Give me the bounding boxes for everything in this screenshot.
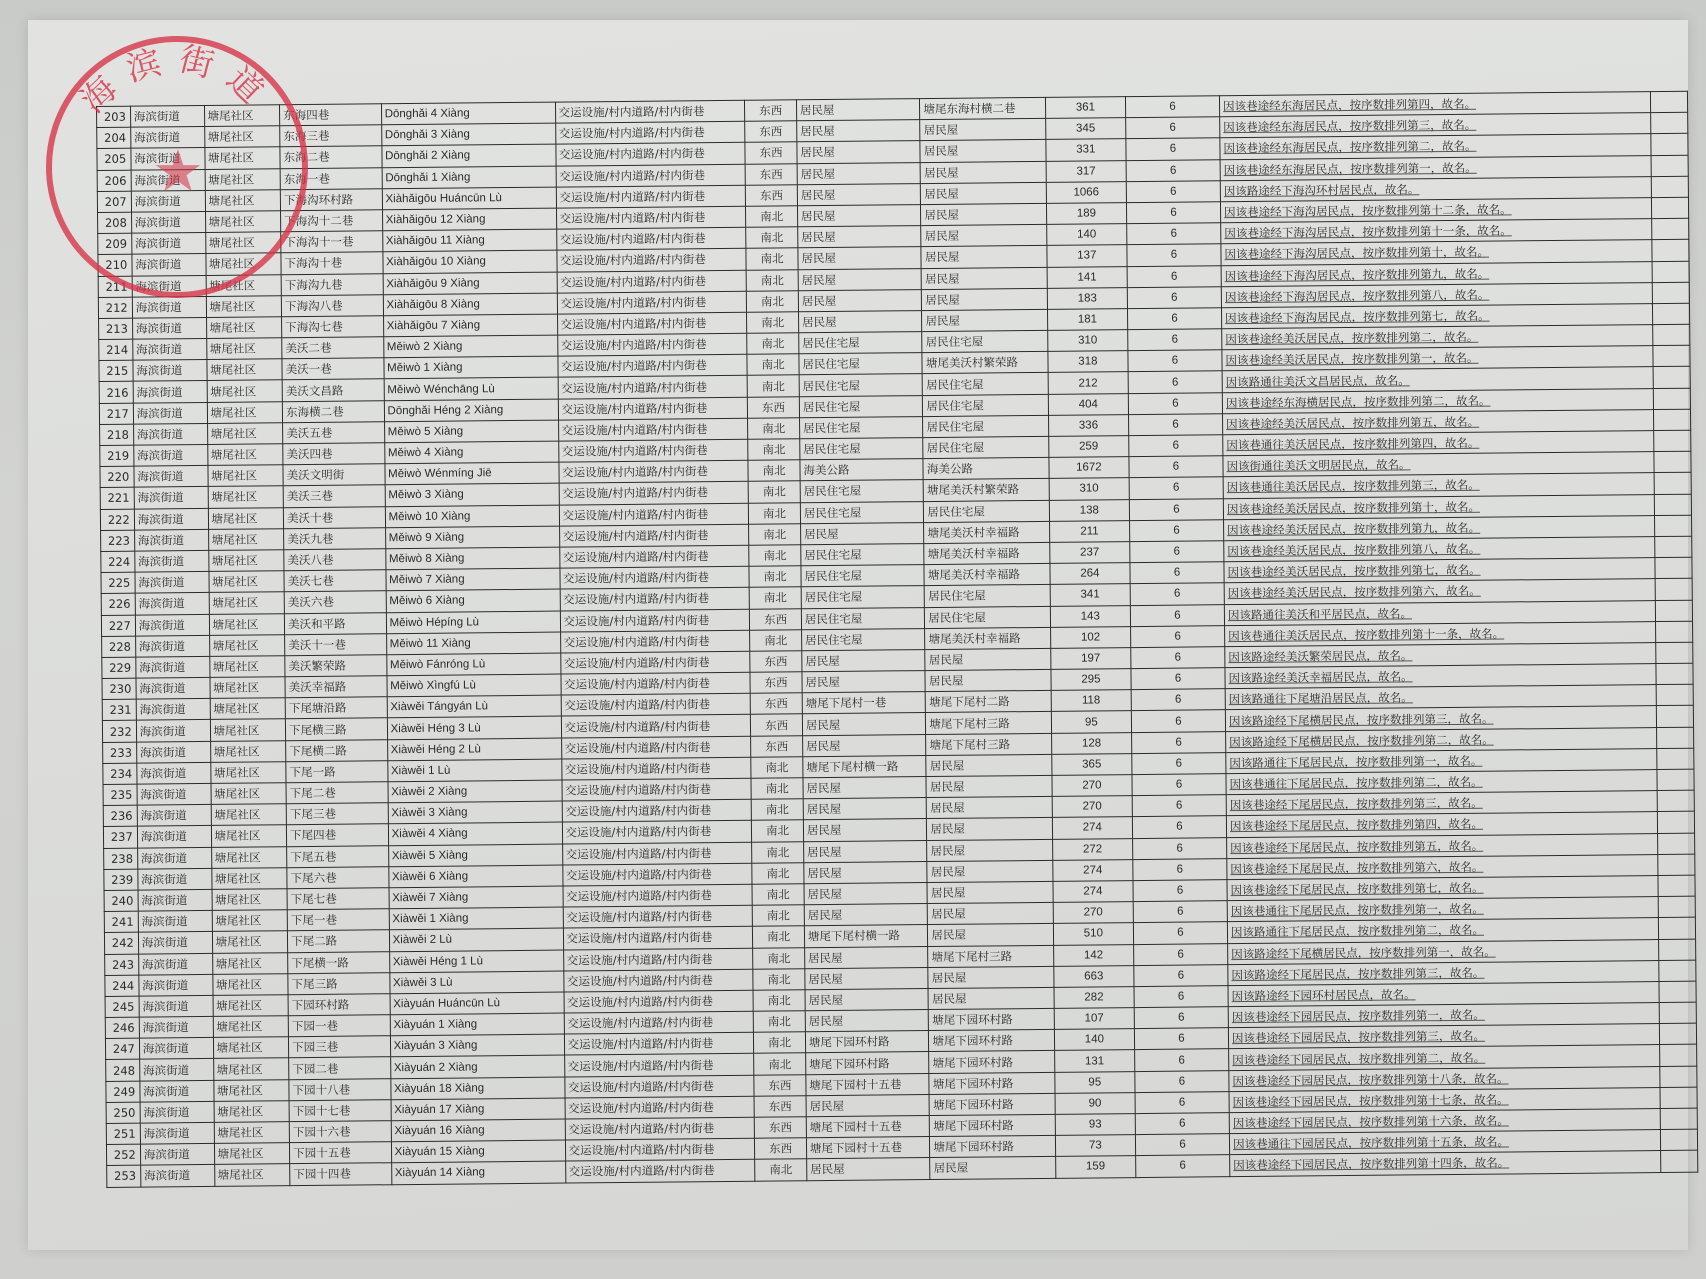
cell-direction: 南北	[747, 312, 799, 334]
cell-standard-name: 美沃十一巷	[285, 633, 387, 655]
cell-standard-name: 美沃文昌路	[282, 379, 384, 401]
cell-width-m: 6	[1126, 202, 1220, 224]
cell-community: 塘尾社区	[207, 465, 283, 487]
cell-row-number: 232	[102, 721, 136, 743]
cell-standard-name: 下尾二路	[288, 930, 390, 952]
cell-remark	[1660, 1151, 1697, 1173]
cell-remark	[1658, 917, 1695, 939]
cell-category: 交运设施/村内道路/村内街巷	[560, 630, 750, 653]
cell-remark	[1652, 324, 1689, 346]
cell-row-number: 224	[101, 551, 135, 573]
cell-length-m: 270	[1053, 902, 1133, 924]
cell-standard-name: 下园二巷	[289, 1057, 391, 1079]
cell-community: 塘尾社区	[210, 740, 286, 762]
cell-row-number: 253	[107, 1165, 141, 1187]
cell-street-office: 海滨街道	[140, 1165, 214, 1187]
cell-street-office: 海滨街道	[133, 381, 207, 403]
cell-street-office: 海滨街道	[140, 1144, 214, 1166]
cell-width-m: 6	[1130, 625, 1224, 647]
cell-direction: 南北	[746, 269, 798, 291]
cell-street-office: 海滨街道	[140, 1080, 214, 1102]
cell-length-m: 159	[1055, 1156, 1135, 1178]
cell-start-point: 塘尾下园环村路	[805, 1031, 929, 1053]
cell-standard-name: 下园十五巷	[290, 1142, 392, 1164]
cell-start-point: 居民屋	[798, 226, 922, 248]
cell-category: 交运设施/村内道路/村内街巷	[561, 693, 751, 716]
cell-community: 塘尾社区	[207, 380, 283, 402]
cell-width-m: 6	[1126, 159, 1220, 181]
cell-row-number: 206	[97, 170, 131, 192]
cell-pinyin-name: Měiwò 2 Xiàng	[383, 335, 557, 358]
cell-pinyin-name: Dōnghǎi Héng 2 Xiàng	[384, 399, 558, 422]
cell-length-m: 341	[1050, 584, 1130, 606]
cell-end-point: 塘尾美沃村繁荣路	[922, 352, 1048, 374]
cell-width-m: 6	[1132, 837, 1226, 859]
cell-row-number: 252	[106, 1144, 140, 1166]
cell-start-point: 居民屋	[802, 734, 926, 756]
cell-street-office: 海滨街道	[139, 1038, 213, 1060]
cell-community: 塘尾社区	[205, 253, 281, 275]
cell-pinyin-name: Xiàwěi 2 Lù	[389, 928, 563, 951]
cell-length-m: 318	[1048, 351, 1128, 373]
cell-category: 交运设施/村内道路/村内街巷	[564, 1011, 754, 1034]
cell-standard-name: 下园三巷	[289, 1036, 391, 1058]
cell-pinyin-name: Xiàyuán 2 Xiàng	[390, 1055, 564, 1078]
cell-width-m: 6	[1128, 350, 1222, 372]
cell-start-point: 塘尾下园环村路	[806, 1052, 930, 1074]
cell-row-number: 211	[98, 276, 132, 298]
cell-direction: 南北	[753, 926, 805, 948]
cell-standard-name: 下尾四巷	[287, 824, 389, 846]
cell-direction: 南北	[751, 799, 803, 821]
cell-community: 塘尾社区	[209, 613, 285, 635]
cell-end-point: 居民屋	[928, 966, 1054, 988]
cell-community: 塘尾社区	[206, 274, 282, 296]
cell-pinyin-name: Xiàwěi Héng 3 Lù	[387, 717, 561, 740]
cell-direction: 南北	[749, 524, 801, 546]
cell-direction: 东西	[755, 1138, 807, 1160]
cell-remark	[1655, 600, 1692, 622]
cell-start-point: 居民屋	[804, 840, 928, 862]
table-body: 203海滨街道塘尾社区东海四巷Dōnghǎi 4 Xiàng交运设施/村内道路/…	[97, 91, 1698, 1187]
cell-end-point: 居民住宅屋	[925, 585, 1051, 607]
cell-category: 交运设施/村内道路/村内街巷	[565, 1138, 755, 1161]
cell-standard-name: 下尾横三路	[286, 718, 388, 740]
cell-category: 交运设施/村内道路/村内街巷	[561, 736, 751, 759]
cell-remark	[1655, 621, 1692, 643]
cell-remark	[1656, 748, 1693, 770]
cell-start-point: 居民住宅屋	[801, 544, 925, 566]
cell-end-point: 塘尾下尾村三路	[926, 733, 1052, 755]
cell-direction: 南北	[747, 375, 799, 397]
register-table-wrapper: 203海滨街道塘尾社区东海四巷Dōnghǎi 4 Xiàng交运设施/村内道路/…	[96, 91, 1698, 1188]
cell-community: 塘尾社区	[206, 295, 282, 317]
cell-remark	[1652, 240, 1689, 262]
cell-street-office: 海滨街道	[136, 677, 210, 699]
cell-start-point: 塘尾下园村十五巷	[806, 1137, 930, 1159]
cell-direction: 南北	[747, 290, 799, 312]
cell-community: 塘尾社区	[204, 126, 280, 148]
cell-standard-name: 美沃繁荣路	[285, 655, 387, 677]
cell-width-m: 6	[1132, 816, 1226, 838]
cell-community: 塘尾社区	[208, 486, 284, 508]
cell-row-number: 204	[97, 127, 131, 149]
cell-pinyin-name: Xiàwěi 4 Xiàng	[388, 822, 562, 845]
cell-end-point: 塘尾下园环村路	[929, 1030, 1055, 1052]
cell-pinyin-name: Měiwò Wénmíng Jiē	[385, 462, 559, 485]
cell-direction: 南北	[748, 481, 800, 503]
cell-end-point: 居民屋	[927, 860, 1053, 882]
cell-street-office: 海滨街道	[131, 169, 205, 191]
cell-row-number: 244	[105, 975, 139, 997]
cell-direction: 东西	[751, 714, 803, 736]
cell-remark	[1653, 367, 1690, 389]
cell-standard-name: 下尾横一路	[288, 951, 390, 973]
cell-street-office: 海滨街道	[139, 995, 213, 1017]
cell-row-number: 242	[104, 932, 138, 954]
cell-street-office: 海滨街道	[134, 466, 208, 488]
cell-end-point: 居民屋	[928, 902, 1054, 924]
cell-pinyin-name: Xiàyuán 15 Xiàng	[391, 1140, 565, 1163]
cell-pinyin-name: Měiwò 4 Xiàng	[384, 441, 558, 464]
cell-remark	[1650, 112, 1687, 134]
cell-community: 塘尾社区	[213, 1037, 289, 1059]
cell-length-m: 181	[1047, 308, 1127, 330]
cell-width-m: 6	[1135, 1134, 1229, 1156]
cell-direction: 南北	[746, 227, 798, 249]
cell-length-m: 118	[1051, 690, 1131, 712]
cell-length-m: 404	[1048, 393, 1128, 415]
cell-start-point: 居民屋	[805, 1010, 929, 1032]
cell-end-point: 居民住宅屋	[922, 330, 1048, 352]
cell-category: 交运设施/村内道路/村内街巷	[555, 121, 745, 144]
cell-standard-name: 下尾三路	[288, 972, 390, 994]
cell-start-point: 居民屋	[804, 861, 928, 883]
cell-start-point: 塘尾下尾村横一路	[803, 755, 927, 777]
cell-standard-name: 美沃五巷	[283, 422, 385, 444]
cell-pinyin-name: Xiàwěi 6 Xiàng	[388, 865, 562, 888]
cell-category: 交运设施/村内道路/村内街巷	[559, 566, 749, 589]
cell-row-number: 231	[102, 699, 136, 721]
cell-pinyin-name: Xiàhǎigōu 7 Xiàng	[383, 314, 557, 337]
cell-width-m: 6	[1127, 223, 1221, 245]
cell-width-m: 6	[1135, 1091, 1229, 1113]
cell-direction: 东西	[748, 396, 800, 418]
cell-pinyin-name: Měiwò Fánróng Lù	[386, 653, 560, 676]
cell-street-office: 海滨街道	[136, 699, 210, 721]
cell-remark	[1657, 854, 1694, 876]
cell-pinyin-name: Xiàwěi Héng 1 Lù	[389, 950, 563, 973]
cell-street-office: 海滨街道	[133, 360, 207, 382]
cell-width-m: 6	[1132, 752, 1226, 774]
cell-start-point: 居民屋	[804, 904, 928, 926]
cell-row-number: 213	[99, 318, 133, 340]
cell-remark	[1658, 875, 1695, 897]
cell-length-m: 90	[1055, 1092, 1135, 1114]
cell-pinyin-name: Xiàhǎigōu 8 Xiàng	[383, 293, 557, 316]
cell-street-office: 海滨街道	[135, 614, 209, 636]
cell-category: 交运设施/村内道路/村内街巷	[561, 778, 751, 801]
cell-standard-name: 下尾二巷	[286, 782, 388, 804]
cell-standard-name: 下海沟八巷	[281, 294, 383, 316]
cell-remark	[1656, 684, 1693, 706]
cell-pinyin-name: Dōnghǎi 3 Xiàng	[381, 123, 555, 146]
cell-width-m: 6	[1130, 604, 1224, 626]
cell-width-m: 6	[1129, 456, 1223, 478]
cell-row-number: 219	[100, 445, 134, 467]
cell-street-office: 海滨街道	[132, 254, 206, 276]
cell-category: 交运设施/村内道路/村内街巷	[559, 545, 749, 568]
cell-end-point: 居民屋	[921, 246, 1047, 268]
cell-direction: 南北	[755, 1159, 807, 1181]
cell-remark	[1651, 197, 1688, 219]
cell-category: 交运设施/村内道路/村内街巷	[556, 249, 746, 272]
cell-remark	[1652, 303, 1689, 325]
cell-row-number: 239	[104, 869, 138, 891]
cell-width-m: 6	[1132, 774, 1226, 796]
cell-category: 交运设施/村内道路/村内街巷	[562, 863, 752, 886]
cell-direction: 东西	[751, 735, 803, 757]
cell-direction: 南北	[747, 354, 799, 376]
cell-row-number: 247	[105, 1038, 139, 1060]
cell-pinyin-name: Dōnghǎi 4 Xiàng	[381, 102, 555, 125]
cell-length-m: 197	[1051, 647, 1131, 669]
cell-width-m: 6	[1127, 244, 1221, 266]
cell-end-point: 居民屋	[928, 987, 1054, 1009]
cell-start-point: 海美公路	[800, 459, 924, 481]
cell-width-m: 6	[1134, 1028, 1228, 1050]
cell-remark	[1660, 1066, 1697, 1088]
cell-community: 塘尾社区	[207, 423, 283, 445]
cell-start-point: 居民住宅屋	[801, 607, 925, 629]
place-name-register-table: 203海滨街道塘尾社区东海四巷Dōnghǎi 4 Xiàng交运设施/村内道路/…	[96, 91, 1698, 1188]
cell-end-point: 塘尾美沃村幸福路	[924, 542, 1050, 564]
cell-start-point: 居民住宅屋	[799, 395, 923, 417]
cell-category: 交运设施/村内道路/村内街巷	[557, 270, 747, 293]
cell-start-point: 居民屋	[797, 205, 921, 227]
cell-end-point: 居民住宅屋	[923, 394, 1049, 416]
cell-pinyin-name: Xiàhǎigōu 10 Xiàng	[382, 250, 556, 273]
cell-width-m: 6	[1128, 371, 1222, 393]
cell-length-m: 137	[1047, 245, 1127, 267]
cell-standard-name: 美沃九巷	[284, 527, 386, 549]
cell-length-m: 317	[1046, 160, 1126, 182]
cell-length-m: 361	[1045, 97, 1125, 119]
cell-street-office: 海滨街道	[138, 911, 212, 933]
cell-community: 塘尾社区	[214, 1101, 290, 1123]
cell-remark	[1651, 134, 1688, 156]
cell-street-office: 海滨街道	[137, 826, 211, 848]
cell-standard-name: 下尾一路	[286, 761, 388, 783]
cell-pinyin-name: Xiàwěi 5 Xiàng	[388, 844, 562, 867]
cell-row-number: 237	[103, 827, 137, 849]
cell-standard-name: 下园十八巷	[289, 1078, 391, 1100]
cell-end-point: 居民屋	[927, 881, 1053, 903]
cell-remark	[1658, 896, 1695, 918]
cell-length-m: 95	[1055, 1071, 1135, 1093]
cell-start-point: 居民屋	[797, 183, 921, 205]
cell-street-office: 海滨街道	[132, 275, 206, 297]
cell-row-number: 207	[97, 191, 131, 213]
cell-standard-name: 下尾塘沿路	[285, 697, 387, 719]
cell-end-point: 塘尾下园环村路	[929, 1072, 1055, 1094]
cell-street-office: 海滨街道	[134, 487, 208, 509]
cell-category: 交运设施/村内道路/村内街巷	[563, 927, 753, 950]
cell-community: 塘尾社区	[205, 168, 281, 190]
cell-category: 交运设施/村内道路/村内街巷	[560, 609, 750, 632]
cell-community: 塘尾社区	[208, 528, 284, 550]
cell-pinyin-name: Měiwò Hépíng Lù	[386, 611, 560, 634]
cell-row-number: 234	[103, 763, 137, 785]
cell-pinyin-name: Xiàyuán 14 Xiàng	[391, 1161, 565, 1184]
cell-remark	[1656, 706, 1693, 728]
cell-width-m: 6	[1127, 265, 1221, 287]
cell-community: 塘尾社区	[213, 1058, 289, 1080]
cell-end-point: 居民屋	[925, 648, 1051, 670]
cell-length-m: 274	[1052, 817, 1132, 839]
cell-community: 塘尾社区	[212, 952, 288, 974]
cell-street-office: 海滨街道	[131, 148, 205, 170]
cell-end-point: 居民住宅屋	[923, 415, 1049, 437]
cell-length-m: 1066	[1046, 181, 1126, 203]
cell-street-office: 海滨街道	[140, 1122, 214, 1144]
cell-community: 塘尾社区	[214, 1164, 290, 1186]
cell-pinyin-name: Xiàhǎigōu 9 Xiàng	[383, 272, 557, 295]
cell-pinyin-name: Xiàyuán 17 Xiàng	[391, 1098, 565, 1121]
cell-pinyin-name: Xiàwěi 1 Xiàng	[389, 907, 563, 930]
cell-row-number: 223	[101, 530, 135, 552]
cell-row-number: 208	[98, 212, 132, 234]
cell-remark	[1653, 388, 1690, 410]
cell-direction: 南北	[752, 820, 804, 842]
cell-standard-name: 东海四巷	[280, 104, 382, 126]
cell-start-point: 居民住宅屋	[799, 353, 923, 375]
cell-start-point: 居民屋	[797, 141, 921, 163]
cell-length-m: 264	[1050, 563, 1130, 585]
cell-remark	[1654, 515, 1691, 537]
cell-standard-name: 美沃七巷	[284, 570, 386, 592]
cell-pinyin-name: Xiàyuán 18 Xiàng	[390, 1077, 564, 1100]
cell-category: 交运设施/村内道路/村内街巷	[559, 503, 749, 526]
cell-width-m: 6	[1127, 286, 1221, 308]
cell-street-office: 海滨街道	[131, 233, 205, 255]
cell-remark	[1651, 176, 1688, 198]
cell-width-m: 6	[1130, 562, 1224, 584]
cell-end-point: 居民屋	[921, 182, 1047, 204]
cell-row-number: 245	[105, 996, 139, 1018]
cell-start-point: 居民屋	[802, 713, 926, 735]
cell-length-m: 93	[1055, 1114, 1135, 1136]
cell-pinyin-name: Xiàwěi 3 Xiàng	[388, 801, 562, 824]
cell-row-number: 222	[100, 509, 134, 531]
cell-end-point: 塘尾下尾村三路	[926, 712, 1052, 734]
cell-length-m: 212	[1048, 372, 1128, 394]
cell-community: 塘尾社区	[207, 401, 283, 423]
cell-standard-name: 下园十四巷	[290, 1163, 392, 1185]
cell-category: 交运设施/村内道路/村内街巷	[563, 969, 753, 992]
cell-length-m: 95	[1051, 711, 1131, 733]
cell-end-point: 居民住宅屋	[923, 373, 1049, 395]
cell-community: 塘尾社区	[206, 317, 282, 339]
cell-end-point: 塘尾东海村横二巷	[920, 97, 1046, 119]
cell-row-number: 203	[97, 106, 131, 128]
cell-row-number: 246	[105, 1017, 139, 1039]
cell-street-office: 海滨街道	[131, 190, 205, 212]
cell-community: 塘尾社区	[214, 1122, 290, 1144]
cell-remark	[1659, 1045, 1696, 1067]
cell-category: 交运设施/村内道路/村内街巷	[555, 143, 745, 166]
cell-width-m: 6	[1136, 1155, 1230, 1177]
cell-width-m: 6	[1130, 541, 1224, 563]
cell-pinyin-name: Měiwò 11 Xiàng	[386, 632, 560, 655]
cell-standard-name: 下海沟九巷	[281, 273, 383, 295]
cell-category: 交运设施/村内道路/村内街巷	[565, 1160, 755, 1183]
cell-start-point: 居民屋	[798, 247, 922, 269]
cell-width-m: 6	[1134, 986, 1228, 1008]
cell-width-m: 6	[1129, 519, 1223, 541]
cell-end-point: 居民屋	[926, 754, 1052, 776]
cell-standard-name: 下园一巷	[288, 1015, 390, 1037]
cell-direction: 南北	[748, 460, 800, 482]
cell-end-point: 居民住宅屋	[924, 500, 1050, 522]
cell-pinyin-name: Xiàwěi Héng 2 Lù	[387, 738, 561, 761]
cell-pinyin-name: Měiwò 10 Xiàng	[385, 505, 559, 528]
cell-community: 塘尾社区	[211, 825, 287, 847]
cell-row-number: 221	[100, 488, 134, 510]
cell-standard-name: 美沃幸福路	[285, 676, 387, 698]
cell-standard-name: 美沃十巷	[283, 506, 385, 528]
cell-street-office: 海滨街道	[139, 1016, 213, 1038]
cell-remark	[1657, 790, 1694, 812]
cell-category: 交运设施/村内道路/村内街巷	[560, 588, 750, 611]
cell-start-point: 居民屋	[800, 522, 924, 544]
cell-standard-name: 美沃文明街	[283, 464, 385, 486]
cell-standard-name: 下海沟十一巷	[281, 231, 383, 253]
cell-length-m: 331	[1046, 139, 1126, 161]
cell-community: 塘尾社区	[205, 211, 281, 233]
cell-remark	[1654, 473, 1691, 495]
cell-row-number: 250	[106, 1102, 140, 1124]
cell-standard-name: 下尾三巷	[286, 803, 388, 825]
cell-width-m: 6	[1133, 880, 1227, 902]
cell-category: 交运设施/村内道路/村内街巷	[558, 439, 748, 462]
cell-remark	[1652, 282, 1689, 304]
cell-category: 交运设施/村内道路/村内街巷	[563, 905, 753, 928]
cell-pinyin-name: Dōnghǎi 1 Xiàng	[382, 166, 556, 189]
cell-pinyin-name: Měiwò Xìngfú Lù	[387, 674, 561, 697]
cell-direction: 南北	[751, 757, 803, 779]
cell-row-number: 220	[100, 466, 134, 488]
cell-pinyin-name: Xiàyuán Huáncūn Lù	[390, 992, 564, 1015]
cell-length-m: 345	[1045, 118, 1125, 140]
cell-end-point: 居民屋	[920, 119, 1046, 141]
cell-end-point: 居民屋	[930, 1157, 1056, 1179]
cell-start-point: 居民屋	[803, 777, 927, 799]
cell-direction: 南北	[749, 545, 801, 567]
cell-start-point: 居民住宅屋	[800, 480, 924, 502]
cell-standard-name: 下海沟十二巷	[281, 210, 383, 232]
cell-width-m: 6	[1127, 308, 1221, 330]
cell-start-point: 居民住宅屋	[801, 586, 925, 608]
cell-direction: 东西	[750, 608, 802, 630]
cell-start-point: 居民屋	[797, 120, 921, 142]
cell-category: 交运设施/村内道路/村内街巷	[560, 672, 750, 695]
cell-pinyin-name: Xiàhǎigōu 11 Xiàng	[382, 229, 556, 252]
cell-category: 交运设施/村内道路/村内街巷	[557, 333, 747, 356]
cell-start-point: 居民屋	[796, 99, 920, 121]
cell-community: 塘尾社区	[210, 762, 286, 784]
cell-end-point: 居民屋	[928, 924, 1054, 946]
